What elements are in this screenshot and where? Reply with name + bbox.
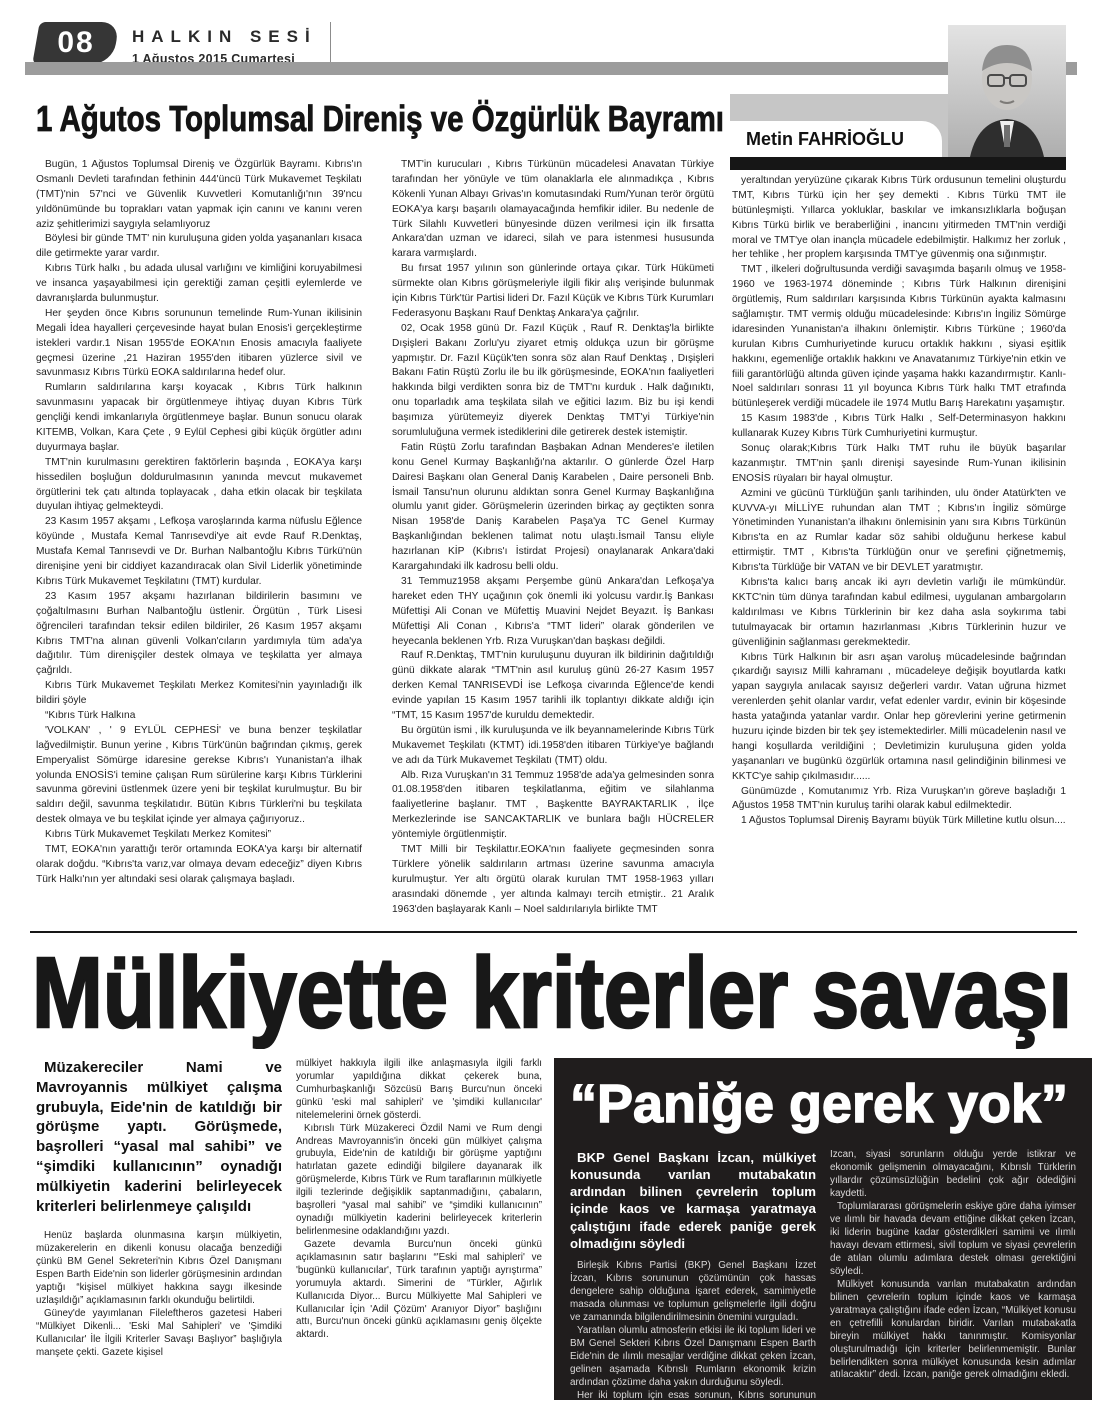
- paragraph: 15 Kasım 1983'de , Kıbrıs Türk Halkı , S…: [732, 412, 1066, 442]
- masthead: HALKIN SESİ 1 Ağustos 2015 Cumartesi: [132, 27, 317, 66]
- paragraph: Kıbrıs Türk halkı , bu adada ulusal varl…: [36, 262, 362, 307]
- author-name: Metin FAHRİOĞLU: [730, 121, 942, 157]
- paragraph: 31 Temmuz1958 akşamı Perşembe günü Ankar…: [392, 575, 714, 649]
- paragraph: 23 Kasım 1957 akşamı , Lefkoşa varoşları…: [36, 515, 362, 589]
- paragraph: Bu fırsat 1957 yılının son günlerinde or…: [392, 262, 714, 322]
- paragraph: TMT, EOKA'nın yarattığı terör ortamında …: [36, 843, 362, 888]
- article1-column-1: Bugün, 1 Ağustos Toplumsal Direniş ve Öz…: [36, 158, 362, 934]
- paragraph: TMT'in kurucuları , Kıbrıs Türkünün müca…: [392, 158, 714, 262]
- paragraph: Alb. Rıza Vuruşkan'ın 31 Temmuz 1958'de …: [392, 769, 714, 843]
- article1-title-text: 1 Ağutos Toplumsal Direniş ve Özgürlük B…: [36, 98, 724, 139]
- quote-panel-intro: BKP Genel Başkanı İzcan, mülkiyet konusu…: [570, 1149, 816, 1252]
- quote-panel-column-1: BKP Genel Başkanı İzcan, mülkiyet konusu…: [570, 1149, 816, 1400]
- paragraph: 'VOLKAN' , ' 9 EYLÜL CEPHESİ' ve buna be…: [36, 724, 362, 828]
- mid-rule: [30, 931, 1077, 933]
- paragraph: Rauf R.Denktaş, TMT'nin kuruluşunu duyur…: [392, 649, 714, 723]
- paragraph: TMT Milli bir Teşkilattır.EOKA'nın faali…: [392, 843, 714, 917]
- page-number-badge: 08: [32, 22, 119, 64]
- paragraph: Her iki toplum için esas sorunun, Kıbrıs…: [570, 1390, 816, 1400]
- quote-panel-title-svg: “Paniğe gerek yok”: [570, 1072, 1074, 1134]
- newspaper-name: HALKIN SESİ: [132, 27, 317, 47]
- paragraph: Toplumlararası görüşmelerin eskiye göre …: [830, 1201, 1076, 1279]
- main-headline-svg: Mülkiyette kriterler savaşı: [30, 941, 1077, 1049]
- paragraph: Yaratılan olumlu atmosferin etkisi ile i…: [570, 1325, 816, 1390]
- paragraph: TMT'nin kurulmasını gerektiren faktörler…: [36, 456, 362, 516]
- article1-title: 1 Ağutos Toplumsal Direniş ve Özgürlük B…: [36, 94, 728, 142]
- article1-title-svg: 1 Ağutos Toplumsal Direniş ve Özgürlük B…: [36, 94, 728, 142]
- header-bar: [25, 62, 1077, 75]
- main-headline: Mülkiyette kriterler savaşı: [30, 941, 1077, 1049]
- paragraph: “Kıbrıs Türk Halkına: [36, 709, 362, 724]
- header-divider: [330, 22, 331, 62]
- quote-panel-title: “Paniğe gerek yok”: [570, 1072, 1076, 1139]
- paragraph: Güney'de yayımlanan Fileleftheros gazete…: [36, 1308, 282, 1360]
- paragraph: Bu örgütün ismi , ilk kuruluşunda ve ilk…: [392, 724, 714, 769]
- paragraph: Kıbrıslı Türk Müzakereci Özdil Nami ve R…: [296, 1123, 542, 1239]
- paragraph: Kıbrıs'ta kalıcı barış ancak iki ayrı de…: [732, 576, 1066, 650]
- paragraph: Kıbrıs Türk Mukavemet Teşkilatı Merkez K…: [36, 828, 362, 843]
- paragraph: Rumların saldırılarına karşı koyacak , K…: [36, 381, 362, 455]
- paragraph: TMT , ilkeleri doğrultusunda verdiği sav…: [732, 263, 1066, 412]
- paragraph: Günümüzde , Komutanımız Yrb. Riza Vuruşk…: [732, 785, 1066, 815]
- paragraph: Her şeyden önce Kıbrıs sorununun temelin…: [36, 307, 362, 381]
- paragraph: Henüz başlarda olunmasına karşın mülkiye…: [36, 1230, 282, 1308]
- quote-panel-body: BKP Genel Başkanı İzcan, mülkiyet konusu…: [570, 1149, 1076, 1400]
- paragraph: Gazete devamla Burcu'nun önceki günkü aç…: [296, 1239, 542, 1342]
- bottom-section: Müzakereciler Nami ve Mavroyannis mülkiy…: [36, 1058, 1092, 1400]
- paragraph: İzcan, siyasi sorunların olduğu yerde is…: [830, 1149, 1076, 1201]
- paragraph: 23 Kasım 1957 akşamı hazırlanan bildiril…: [36, 590, 362, 679]
- paragraph: 1 Ağustos Toplumsal Direniş Bayramı büyü…: [732, 814, 1066, 829]
- quote-panel-column-2: İzcan, siyasi sorunların olduğu yerde is…: [830, 1149, 1076, 1400]
- article2-column-1-text: Henüz başlarda olunmasına karşın mülkiye…: [36, 1230, 282, 1359]
- quote-panel-column-1-text: Birleşik Kıbrıs Partisi (BKP) Genel Başk…: [570, 1260, 816, 1400]
- paragraph: Fatin Rüştü Zorlu tarafından Başbakan Ad…: [392, 441, 714, 575]
- main-headline-text: Mülkiyette kriterler savaşı: [32, 941, 1072, 1049]
- quote-panel: “Paniğe gerek yok” BKP Genel Başkanı İzc…: [554, 1058, 1092, 1400]
- page-number: 08: [36, 22, 116, 64]
- newspaper-page: 08 HALKIN SESİ 1 Ağustos 2015 Cumartesi …: [0, 0, 1102, 1417]
- article2-column-2-text: mülkiyet hakkıyla ilgili ilke anlaşmasıy…: [296, 1058, 542, 1342]
- article1-column-3: yeraltından yeryüzüne çıkarak Kıbrıs Tür…: [732, 158, 1066, 934]
- article1-body: Bugün, 1 Ağustos Toplumsal Direniş ve Öz…: [36, 158, 1066, 934]
- paragraph: Kıbrıs Türk Mukavemet Teşkilatı Merkez K…: [36, 679, 362, 709]
- paragraph: Kıbrıs Türk Halkının bir asrı aşan varol…: [732, 651, 1066, 785]
- paragraph: yeraltından yeryüzüne çıkarak Kıbrıs Tür…: [732, 174, 1066, 263]
- paragraph: Mülkiyet konusunda varılan mutabakatın a…: [830, 1279, 1076, 1383]
- article1-column-2: TMT'in kurucuları , Kıbrıs Türkünün müca…: [392, 158, 714, 934]
- paragraph: Bugün, 1 Ağustos Toplumsal Direniş ve Öz…: [36, 158, 362, 232]
- article2-intro: Müzakereciler Nami ve Mavroyannis mülkiy…: [36, 1058, 282, 1216]
- paragraph: Birleşik Kıbrıs Partisi (BKP) Genel Başk…: [570, 1260, 816, 1325]
- paragraph: Sonuç olarak;Kıbrıs Türk Halkı TMT ruhu …: [732, 442, 1066, 487]
- author-name-text: Metin FAHRİOĞLU: [746, 129, 904, 150]
- paragraph: mülkiyet hakkıyla ilgili ilke anlaşmasıy…: [296, 1058, 542, 1123]
- author-photo: [948, 25, 1066, 157]
- paragraph: Azmini ve gücünü Türklüğün şanlı tarihin…: [732, 487, 1066, 576]
- article2-column-1: Müzakereciler Nami ve Mavroyannis mülkiy…: [36, 1058, 282, 1400]
- paragraph: Böylesi bir günde TMT' nin kuruluşuna gi…: [36, 232, 362, 262]
- article2-column-2: mülkiyet hakkıyla ilgili ilke anlaşmasıy…: [296, 1058, 542, 1400]
- quote-panel-title-text: “Paniğe gerek yok”: [570, 1074, 1068, 1134]
- paragraph: 02, Ocak 1958 günü Dr. Fazıl Küçük , Rau…: [392, 322, 714, 441]
- author-portrait-icon: [948, 25, 1066, 157]
